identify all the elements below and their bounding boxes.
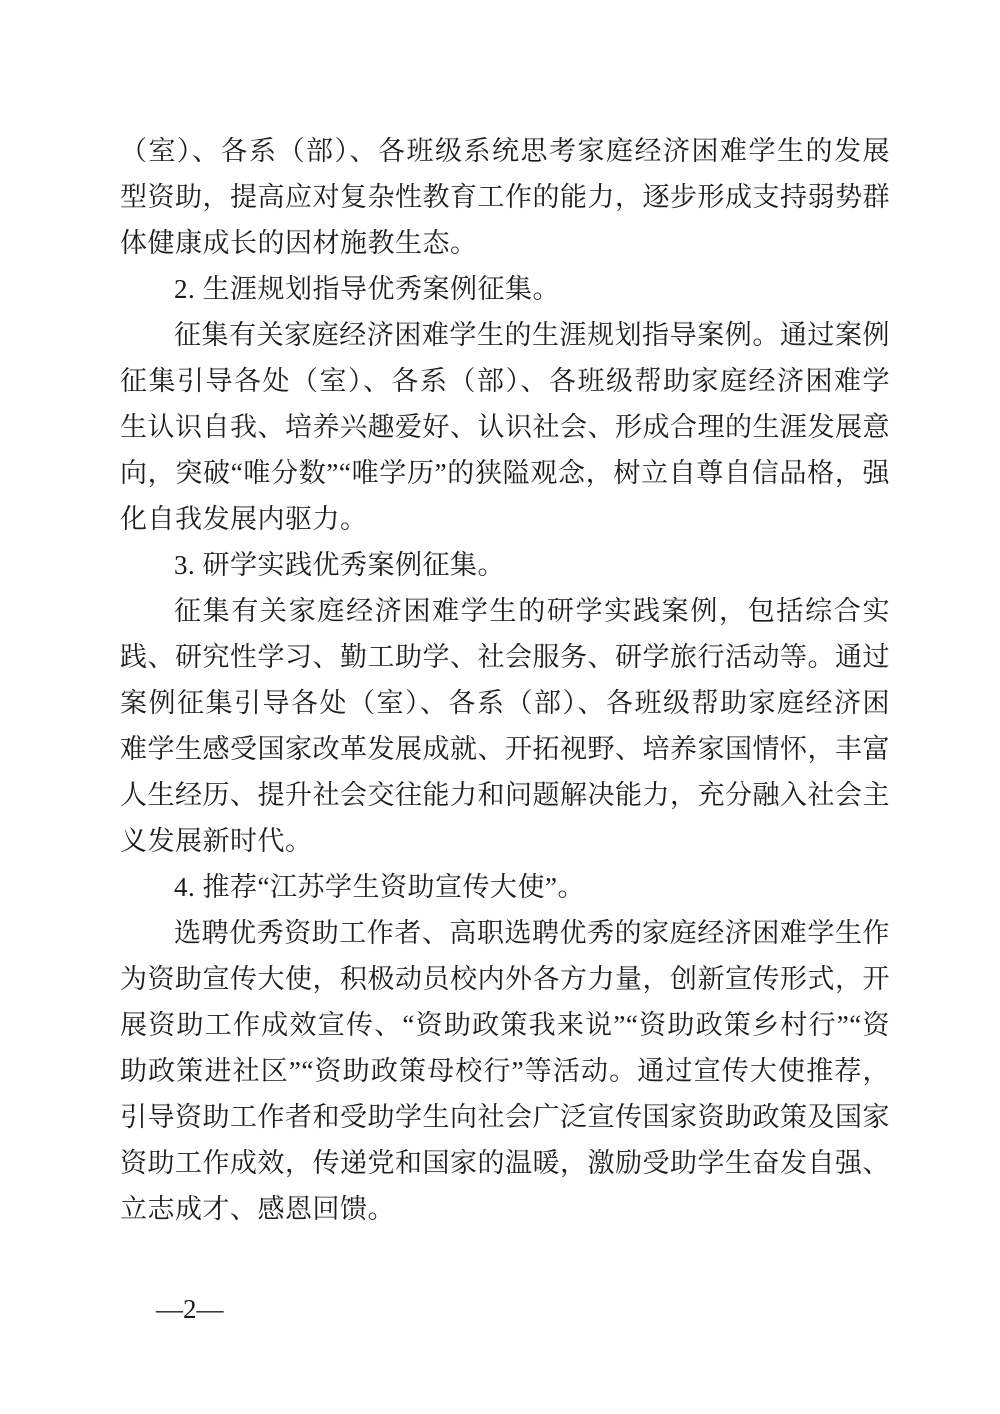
paragraph: 征集有关家庭经济困难学生的研学实践案例，包括综合实践、研究性学习、勤工助学、社会… xyxy=(120,588,890,864)
document-page: （室）、各系（部）、各班级系统思考家庭经济困难学生的发展型资助，提高应对复杂性教… xyxy=(0,0,1000,1414)
document-body: （室）、各系（部）、各班级系统思考家庭经济困难学生的发展型资助，提高应对复杂性教… xyxy=(120,128,890,1232)
section-heading-4: 4. 推荐“江苏学生资助宣传大使”。 xyxy=(120,864,890,910)
paragraph: 选聘优秀资助工作者、高职选聘优秀的家庭经济困难学生作为资助宣传大使，积极动员校内… xyxy=(120,910,890,1232)
page-number: —2— xyxy=(156,1292,224,1326)
section-heading-2: 2. 生涯规划指导优秀案例征集。 xyxy=(120,266,890,312)
paragraph-continuation: （室）、各系（部）、各班级系统思考家庭经济困难学生的发展型资助，提高应对复杂性教… xyxy=(120,128,890,266)
section-heading-3: 3. 研学实践优秀案例征集。 xyxy=(120,542,890,588)
paragraph: 征集有关家庭经济困难学生的生涯规划指导案例。通过案例征集引导各处（室）、各系（部… xyxy=(120,312,890,542)
